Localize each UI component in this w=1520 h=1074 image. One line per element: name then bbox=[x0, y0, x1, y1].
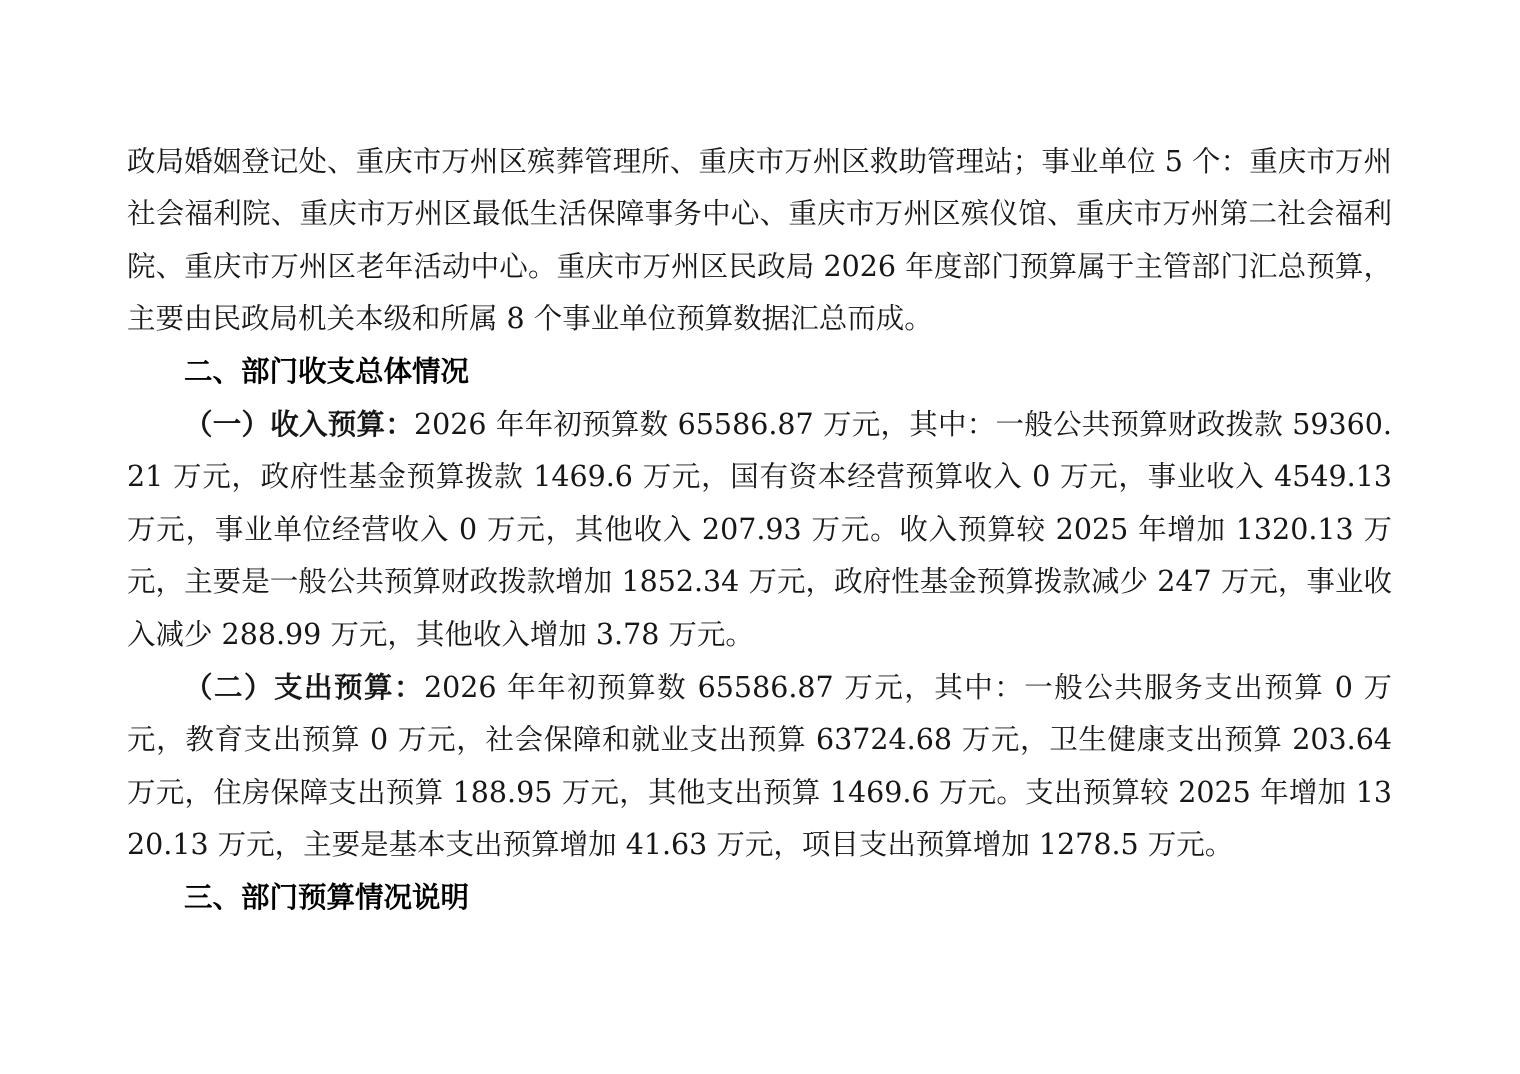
paragraph-income-budget-lead: （一）收入预算： bbox=[184, 407, 414, 441]
section-heading-budget-explanation: 三、部门预算情况说明 bbox=[127, 872, 1392, 924]
document-page: 政局婚姻登记处、重庆市万州区殡葬管理所、重庆市万州区救助管理站；事业单位 5 个… bbox=[0, 0, 1520, 1074]
paragraph-continuation-text: 政局婚姻登记处、重庆市万州区殡葬管理所、重庆市万州区救助管理站；事业单位 5 个… bbox=[127, 145, 1392, 335]
document-body: 政局婚姻登记处、重庆市万州区殡葬管理所、重庆市万州区救助管理站；事业单位 5 个… bbox=[127, 136, 1392, 924]
paragraph-expenditure-budget-lead: （二）支出预算： bbox=[184, 670, 424, 704]
section-heading-income-expense-overview: 二、部门收支总体情况 bbox=[127, 346, 1392, 398]
paragraph-income-budget-text: 2026 年年初预算数 65586.87 万元，其中：一般公共预算财政拨款 59… bbox=[127, 408, 1392, 651]
paragraph-income-budget: （一）收入预算：2026 年年初预算数 65586.87 万元，其中：一般公共预… bbox=[127, 398, 1392, 661]
paragraph-expenditure-budget: （二）支出预算：2026 年年初预算数 65586.87 万元，其中：一般公共服… bbox=[127, 661, 1392, 872]
paragraph-continuation: 政局婚姻登记处、重庆市万州区殡葬管理所、重庆市万州区救助管理站；事业单位 5 个… bbox=[127, 136, 1392, 346]
